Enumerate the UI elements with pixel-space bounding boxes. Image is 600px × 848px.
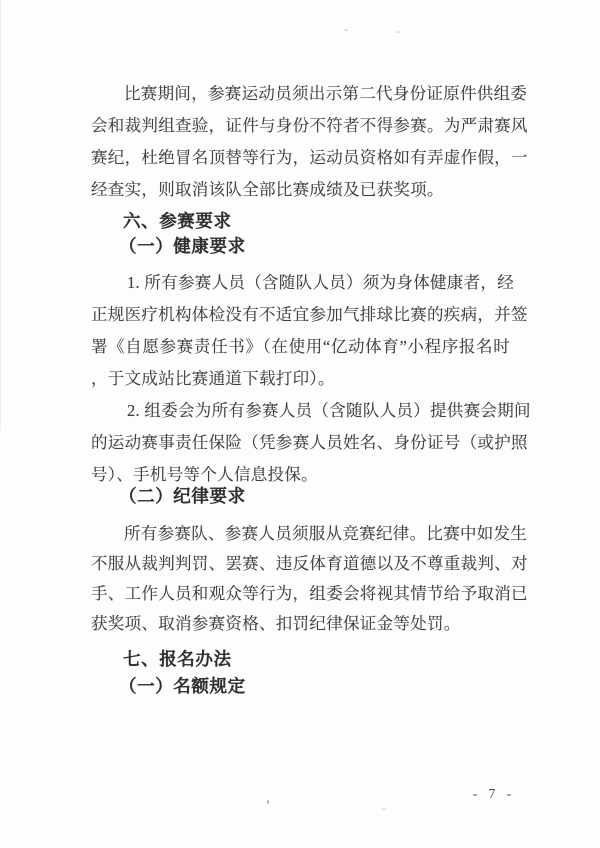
heading-health: （一）健康要求 (91, 234, 538, 258)
scan-edge-line (0, 0, 1, 430)
text-line: 会和裁判组查验，证件与身份不符者不得参赛。为严肃赛风 (91, 110, 510, 142)
text-line: 所有参赛队、参赛人员须服从竞赛纪律。比赛中如发生 (91, 519, 510, 549)
document-page: 比赛期间，参赛运动员须出示第二代身份证原件供组委会和裁判组查验，证件与身份不符者… (0, 0, 600, 848)
text-line: 1. 所有参赛人员（含随队人员）须为身体健康者，经 (91, 267, 510, 299)
text-line: 署《自愿参赛责任书》（在使用“亿动体育”小程序报名时 (91, 331, 510, 363)
para-insurance: 2. 组委会为所有参赛人员（含随队人员）提供赛会期间的运动赛事责任保险（凭参赛人… (91, 395, 510, 491)
text-line: ，于文成站比赛通道下载打印）。 (91, 363, 510, 395)
text-line: 正规医疗机构体检没有不适宜参加气排球比赛的疾病，并签 (91, 299, 510, 331)
text-line: 手、工作人员和观众等行为，组委会将视其情节给予取消已 (91, 579, 510, 609)
text-line: 经查实，则取消该队全部比赛成绩及已获奖项。 (91, 174, 510, 206)
para-health: 1. 所有参赛人员（含随队人员）须为身体健康者，经正规医疗机构体检没有不适宜参加… (91, 267, 510, 395)
text-line: 不服从裁判判罚、罢赛、违反体育道德以及不尊重裁判、对 (91, 549, 510, 579)
text-line: 2. 组委会为所有参赛人员（含随队人员）提供赛会期间 (91, 395, 510, 427)
text-line: 比赛期间，参赛运动员须出示第二代身份证原件供组委 (91, 78, 510, 110)
text-line: 获奖项、取消参赛资格、扣罚纪律保证金等处罚。 (91, 609, 510, 639)
para-intro: 比赛期间，参赛运动员须出示第二代身份证原件供组委会和裁判组查验，证件与身份不符者… (91, 78, 510, 206)
page-number: - 7 - (466, 786, 522, 802)
text-line: 赛纪，杜绝冒名顶替等行为，运动员资格如有弄虚作假，一 (91, 142, 510, 174)
document-body: 比赛期间，参赛运动员须出示第二代身份证原件供组委会和裁判组查验，证件与身份不符者… (91, 0, 510, 848)
heading-section-seven: 七、报名办法 (91, 647, 542, 671)
heading-quota: （一）名额规定 (91, 674, 538, 698)
text-line: 的运动赛事责任保险（凭参赛人员姓名、身份证号（或护照 (91, 427, 510, 459)
para-discipline: 所有参赛队、参赛人员须服从竞赛纪律。比赛中如发生不服从裁判判罚、罢赛、违反体育道… (91, 519, 510, 639)
heading-discipline: （二）纪律要求 (91, 484, 538, 508)
heading-section-six: 六、参赛要求 (91, 209, 542, 233)
